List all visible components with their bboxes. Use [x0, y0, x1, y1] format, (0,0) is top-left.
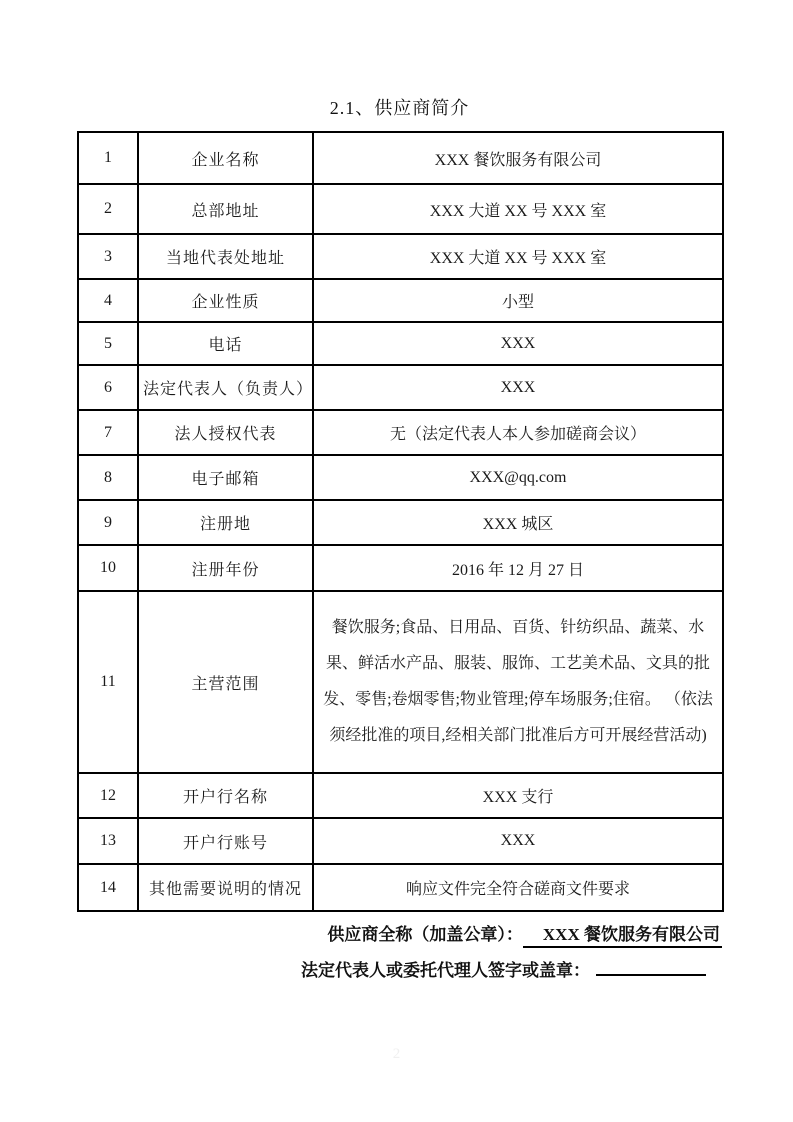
row-label-cell: 法人授权代表	[138, 410, 313, 455]
row-number-cell: 2	[78, 184, 138, 234]
row-label-cell: 法定代表人（负责人）	[138, 365, 313, 410]
row-number-cell: 3	[78, 234, 138, 279]
supplier-fullname-value: XXX 餐饮服务有限公司	[523, 925, 722, 948]
row-value-cell: XXX@qq.com	[313, 455, 723, 500]
signature-footer: 供应商全称（加盖公章）：XXX 餐饮服务有限公司 法定代表人或委托代理人签字或盖…	[77, 921, 722, 986]
row-value-cell: XXX 支行	[313, 773, 723, 818]
row-value-cell: XXX 城区	[313, 500, 723, 545]
row-value-cell: 2016 年 12 月 27 日	[313, 545, 723, 591]
row-number-cell: 4	[78, 279, 138, 322]
row-label-cell: 电子邮箱	[138, 455, 313, 500]
row-number-cell: 14	[78, 864, 138, 911]
row-label-cell: 其他需要说明的情况	[138, 864, 313, 911]
row-number-cell: 12	[78, 773, 138, 818]
page-title: 2.1、供应商简介	[77, 96, 722, 120]
table-row: 6 法定代表人（负责人） XXX	[78, 365, 723, 410]
row-label-cell: 注册地	[138, 500, 313, 545]
row-value-cell: XXX	[313, 322, 723, 365]
table-row: 12 开户行名称 XXX 支行	[78, 773, 723, 818]
row-label-cell: 主营范围	[138, 591, 313, 773]
table-row: 13 开户行账号 XXX	[78, 818, 723, 864]
row-label-cell: 企业名称	[138, 132, 313, 184]
supplier-fullname-line: 供应商全称（加盖公章）：XXX 餐饮服务有限公司	[77, 921, 722, 949]
row-number-cell: 6	[78, 365, 138, 410]
row-value-cell: 无（法定代表人本人参加磋商会议）	[313, 410, 723, 455]
row-label-cell: 开户行名称	[138, 773, 313, 818]
row-label-cell: 注册年份	[138, 545, 313, 591]
row-number-cell: 10	[78, 545, 138, 591]
table-row: 3 当地代表处地址 XXX 大道 XX 号 XXX 室	[78, 234, 723, 279]
row-value-cell: XXX 大道 XX 号 XXX 室	[313, 184, 723, 234]
row-value-cell: XXX 餐饮服务有限公司	[313, 132, 723, 184]
row-number-cell: 7	[78, 410, 138, 455]
row-label-cell: 企业性质	[138, 279, 313, 322]
table-row: 8 电子邮箱 XXX@qq.com	[78, 455, 723, 500]
table-row: 5 电话 XXX	[78, 322, 723, 365]
row-label-cell: 开户行账号	[138, 818, 313, 864]
table-row: 9 注册地 XXX 城区	[78, 500, 723, 545]
row-value-cell: 餐饮服务;食品、日用品、百货、针纺织品、蔬菜、水果、鲜活水产品、服装、服饰、工艺…	[313, 591, 723, 773]
row-label-cell: 总部地址	[138, 184, 313, 234]
table-row: 2 总部地址 XXX 大道 XX 号 XXX 室	[78, 184, 723, 234]
row-value-cell: 响应文件完全符合磋商文件要求	[313, 864, 723, 911]
row-value-cell: XXX	[313, 365, 723, 410]
row-value-cell: XXX 大道 XX 号 XXX 室	[313, 234, 723, 279]
row-value-cell: 小型	[313, 279, 723, 322]
row-number-cell: 8	[78, 455, 138, 500]
supplier-fullname-label: 供应商全称（加盖公章）：	[327, 925, 523, 944]
row-number-cell: 9	[78, 500, 138, 545]
table-row: 7 法人授权代表 无（法定代表人本人参加磋商会议）	[78, 410, 723, 455]
row-number-cell: 5	[78, 322, 138, 365]
document-page: 2.1、供应商简介 1 企业名称 XXX 餐饮服务有限公司 2 总部地址 XXX…	[0, 0, 793, 1122]
signature-blank-underline	[596, 959, 706, 976]
table-row: 14 其他需要说明的情况 响应文件完全符合磋商文件要求	[78, 864, 723, 911]
row-label-cell: 当地代表处地址	[138, 234, 313, 279]
row-number-cell: 1	[78, 132, 138, 184]
row-number-cell: 11	[78, 591, 138, 773]
table-row: 1 企业名称 XXX 餐饮服务有限公司	[78, 132, 723, 184]
table-row: 11 主营范围 餐饮服务;食品、日用品、百货、针纺织品、蔬菜、水果、鲜活水产品、…	[78, 591, 723, 773]
table-row: 10 注册年份 2016 年 12 月 27 日	[78, 545, 723, 591]
row-number-cell: 13	[78, 818, 138, 864]
page-number: 2	[0, 1046, 793, 1063]
supplier-info-table: 1 企业名称 XXX 餐饮服务有限公司 2 总部地址 XXX 大道 XX 号 X…	[77, 131, 724, 912]
signature-line: 法定代表人或委托代理人签字或盖章：	[77, 956, 722, 986]
row-label-cell: 电话	[138, 322, 313, 365]
row-value-cell: XXX	[313, 818, 723, 864]
table-row: 4 企业性质 小型	[78, 279, 723, 322]
signature-label: 法定代表人或委托代理人签字或盖章：	[301, 961, 590, 980]
